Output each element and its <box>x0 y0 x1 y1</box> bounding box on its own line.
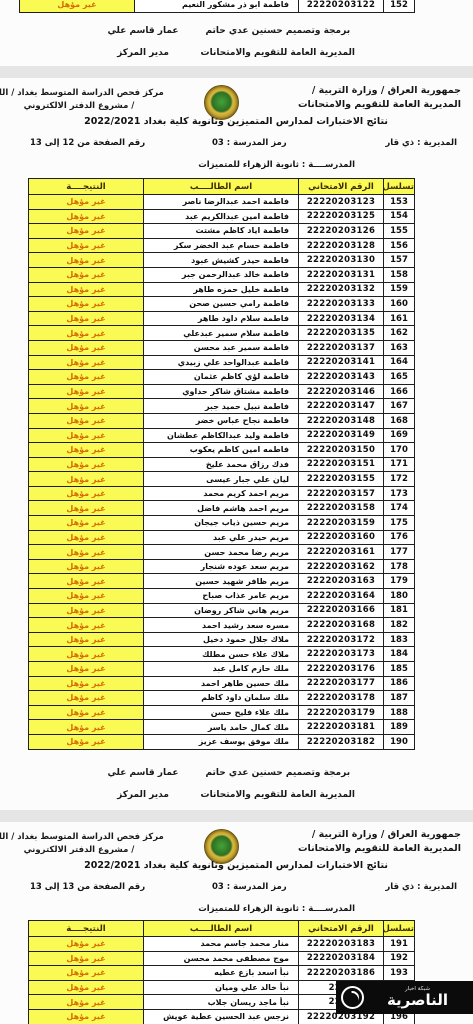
exam-number-column-header: الرقم الامتحاني <box>299 921 384 937</box>
student-name-column-header: اسم الطالــــب <box>144 179 299 195</box>
exam-number-cell: 22220203131 <box>299 267 384 282</box>
student-name-cell: ملك موفق يوسف عزيز <box>144 734 299 749</box>
results-table-header: تسلسل الرقم الامتحاني اسم الطالــــب الن… <box>29 179 415 195</box>
ministry-header: جمهورية العراق / وزارة التربية / المديري… <box>298 84 461 112</box>
student-row: 17122220203151فدك رزاق محمد عليخغير مؤهل <box>29 457 415 472</box>
result-cell: غير مؤهل <box>29 399 144 414</box>
ministry-header-line1: جمهورية العراق / وزارة التربية / <box>298 828 461 842</box>
student-row: 16222220203135فاطمة سلام سمير عبدعليغير … <box>29 326 415 341</box>
serial-cell: 182 <box>384 618 415 633</box>
student-row: 16622220203146فاطمة مشتاق شاكر حداويغير … <box>29 384 415 399</box>
result-cell: غير مؤهل <box>29 472 144 487</box>
ministry-emblem-icon <box>204 829 239 864</box>
result-cell: غير مؤهل <box>29 559 144 574</box>
exam-center-line1: مركز فحص الدراسة المتوسط بغداد / الك <box>0 87 168 100</box>
student-row: 15522220203126فاطمة اياد كاظم مشتتغير مؤ… <box>29 224 415 239</box>
student-name-cell: نبأ ماجد ريسان جلاب <box>144 995 299 1010</box>
document-title: نتائج الاختبارات لمدارس المتميزين وثانوي… <box>10 860 462 871</box>
student-name-cell: فاطمة حيدر كشيش عبود <box>144 253 299 268</box>
serial-cell: 190 <box>384 734 415 749</box>
student-name-cell: ملاك جلال حمود دخيل <box>144 632 299 647</box>
student-row: 18922220203181ملك كمال حامد ياسرغير مؤهل <box>29 720 415 735</box>
student-name-cell: ملك علاء فليح حسن <box>144 705 299 720</box>
exam-number-cell: 22220203125 <box>299 209 384 224</box>
student-row: 17422220203158مريم احمد هاشم فاضلغير مؤه… <box>29 501 415 516</box>
result-cell: غير مؤهل <box>29 370 144 385</box>
document-title: نتائج الاختبارات لمدارس المتميزين وثانوي… <box>10 116 462 127</box>
serial-cell: 153 <box>384 195 415 210</box>
student-name-cell: ليان علي جبار عيسى <box>144 472 299 487</box>
result-cell: غير مؤهل <box>29 662 144 677</box>
result-cell: غير مؤهل <box>29 951 144 966</box>
exam-number-cell: 22220203176 <box>299 662 384 677</box>
exam-number-cell: 22220203178 <box>299 691 384 706</box>
serial-cell: 188 <box>384 705 415 720</box>
result-cell: غير مؤهل <box>29 355 144 370</box>
result-cell: غير مؤهل <box>29 647 144 662</box>
result-cell: غير مؤهل <box>29 267 144 282</box>
exam-number-cell: 22220203177 <box>299 676 384 691</box>
result-cell: غير مؤهل <box>29 457 144 472</box>
exam-number-cell: 22220203150 <box>299 443 384 458</box>
ministry-header-line2: المديرية العامة للتقويم والامتحانات <box>298 98 461 112</box>
ministry-header-line2: المديرية العامة للتقويم والامتحانات <box>298 842 461 856</box>
ministry-header-line1: جمهورية العراق / وزارة التربية / <box>298 84 461 98</box>
student-row: 19322220203186نبأ اسعد بازع عطيهغير مؤهل <box>29 966 415 981</box>
result-cell: غير مؤهل <box>29 209 144 224</box>
exam-number-cell: 22220203143 <box>299 370 384 385</box>
exam-number-cell: 22220203184 <box>299 951 384 966</box>
exam-number-cell: 22220203164 <box>299 589 384 604</box>
ministry-header: جمهورية العراق / وزارة التربية / المديري… <box>298 828 461 856</box>
directorate-field: المديرية : ذي قار <box>385 882 457 892</box>
watermark-text: شبكة اخبار الناصرية <box>367 987 468 1009</box>
exam-number-cell: 22220203166 <box>299 603 384 618</box>
serial-cell: 185 <box>384 662 415 677</box>
exam-center-line2: / مشروع الدفتر الالكتروني <box>0 844 168 857</box>
student-row: 18222220203168مسره سعد رشيد احمدغير مؤهل <box>29 618 415 633</box>
exam-number-cell: 22220203183 <box>299 937 384 952</box>
student-name-cell: فاطمة نجاح عباس خضر <box>144 413 299 428</box>
student-name-cell: مريم عامر عذاب صباح <box>144 589 299 604</box>
serial-cell: 176 <box>384 530 415 545</box>
student-row: 17622220203160مريم حيدر علي عبدغير مؤهل <box>29 530 415 545</box>
result-column-header: النتيجــــة <box>29 179 144 195</box>
ministry-emblem-icon <box>204 85 239 120</box>
exam-number-cell: 22220203148 <box>299 413 384 428</box>
serial-cell: 162 <box>384 326 415 341</box>
exam-number-cell: 22220203159 <box>299 516 384 531</box>
serial-cell: 157 <box>384 253 415 268</box>
result-cell: غير مؤهل <box>29 253 144 268</box>
result-cell: غير مؤهل <box>29 589 144 604</box>
exam-number-cell: 22220203133 <box>299 297 384 312</box>
result-cell: غير مؤهل <box>29 603 144 618</box>
student-row: 16522220203143فاطمة لؤي كاظم عثمانغير مؤ… <box>29 370 415 385</box>
student-row: 19222220203184موج مصطفى محمد محسنغير مؤه… <box>29 951 415 966</box>
exam-number-cell: 22220203161 <box>299 545 384 560</box>
exam-number-cell: 22220203123 <box>299 195 384 210</box>
serial-cell: 177 <box>384 545 415 560</box>
signature-programmer: برمجة وتصميم حسنين عدي حاتم المديرية الع… <box>201 762 355 806</box>
serial-cell: 178 <box>384 559 415 574</box>
student-name-cell: فاطمة احمد عبدالرضا ناصر <box>144 195 299 210</box>
student-name-cell: نرجس عبد الحسين عطية عويش <box>144 1009 299 1024</box>
student-name-cell: فاطمة وليد عبدالكاظم عطشان <box>144 428 299 443</box>
page-number-field: رقم الصفحة من 12 إلى 13 <box>30 138 145 148</box>
exam-number-cell: 22220203126 <box>299 224 384 239</box>
student-name-cell: فدك رزاق محمد عليخ <box>144 457 299 472</box>
student-row: 18622220203177ملك حسين طاهر احمدغير مؤهل <box>29 676 415 691</box>
result-cell: غير مؤهل <box>29 413 144 428</box>
student-row: 15322220203123فاطمة احمد عبدالرضا ناصرغي… <box>29 195 415 210</box>
exam-number-cell: 22220203157 <box>299 486 384 501</box>
results-table-wrap: تسلسل الرقم الامتحاني اسم الطالــــب الن… <box>0 178 473 750</box>
result-cell: غير مؤهل <box>29 705 144 720</box>
serial-cell: 192 <box>384 951 415 966</box>
student-name-cell: فاطمة لؤي كاظم عثمان <box>144 370 299 385</box>
result-cell: غير مؤهل <box>29 545 144 560</box>
exam-number-cell: 22220203158 <box>299 501 384 516</box>
serial-cell: 180 <box>384 589 415 604</box>
student-row: 16422220203141فاطمة عبدالواحد علي زبيديغ… <box>29 355 415 370</box>
student-name-cell: فاطمة خالد عبدالرحمن جبر <box>144 267 299 282</box>
student-row: 17822220203162مريم سعد عوده شنجارغير مؤه… <box>29 559 415 574</box>
watermark-nasiriyah-news: شبكة اخبار الناصرية <box>336 981 473 1014</box>
exam-number-column-header: الرقم الامتحاني <box>299 179 384 195</box>
results-table-header: تسلسل الرقم الامتحاني اسم الطالــــب الن… <box>29 921 415 937</box>
result-cell: غير مؤهل <box>29 224 144 239</box>
serial-cell: 171 <box>384 457 415 472</box>
student-row: 15622220203128فاطمة حسام عبد الخضر سكرغي… <box>29 238 415 253</box>
watermark-big-text: الناصرية <box>367 993 468 1008</box>
serial-cell: 169 <box>384 428 415 443</box>
result-cell: غير مؤهل <box>29 516 144 531</box>
student-name-cell: فاطمة سمير عبد محسن <box>144 340 299 355</box>
student-row: 16722220203147فاطمة نبيل حميد جبرغير مؤه… <box>29 399 415 414</box>
student-name-cell: مريم حسين ذياب جيجان <box>144 516 299 531</box>
exam-number-cell: 22220203155 <box>299 472 384 487</box>
student-name-cell: فاطمة اياد كاظم مشتت <box>144 224 299 239</box>
page-sheet-12: جمهورية العراق / وزارة التربية / المديري… <box>0 78 473 810</box>
serial-cell: 193 <box>384 966 415 981</box>
school-code-field: رمز المدرسة : 03 <box>212 138 287 148</box>
student-row: 16022220203133فاطمة رامي حسين صحنغير مؤه… <box>29 297 415 312</box>
serial-column-header: تسلسل <box>384 921 415 937</box>
serial-cell: 179 <box>384 574 415 589</box>
serial-cell: 159 <box>384 282 415 297</box>
serial-cell: 174 <box>384 501 415 516</box>
student-name-cell: فاطمة عبدالواحد علي زبيدي <box>144 355 299 370</box>
result-cell: غير مؤهل <box>29 443 144 458</box>
student-name-cell: مسره سعد رشيد احمد <box>144 618 299 633</box>
serial-cell: 166 <box>384 384 415 399</box>
serial-cell: 170 <box>384 443 415 458</box>
student-row: 18122220203166مريم هاني شاكر روضانغير مؤ… <box>29 603 415 618</box>
serial-cell: 152 <box>384 0 415 12</box>
student-name-cell: ملاك علاء حسن مطلك <box>144 647 299 662</box>
student-row: 19022220203182ملك موفق يوسف عزيزغير مؤهل <box>29 734 415 749</box>
student-row: 16322220203137فاطمة سمير عبد محسنغير مؤه… <box>29 340 415 355</box>
signature-programmer: برمجة وتصميم حسنين عدي حاتم المديرية الع… <box>201 20 355 64</box>
result-cell: غير مؤهل <box>29 574 144 589</box>
result-column-header: النتيجــــة <box>29 921 144 937</box>
exam-center-header: مركز فحص الدراسة المتوسط بغداد / الك / م… <box>0 831 168 857</box>
programmer-name: برمجة وتصميم حسنين عدي حاتم <box>201 20 355 42</box>
result-cell: غير مؤهل <box>29 501 144 516</box>
serial-cell: 163 <box>384 340 415 355</box>
result-cell: غير مؤهل <box>29 937 144 952</box>
signature-director: عمار قاسم علي مدير المركز <box>93 20 193 64</box>
result-cell: غير مؤهل <box>20 0 135 12</box>
student-name-cell: فاطمة سلام سمير عبدعلي <box>144 326 299 341</box>
student-row: 15822220203131فاطمة خالد عبدالرحمن جبرغي… <box>29 267 415 282</box>
serial-cell: 156 <box>384 238 415 253</box>
result-cell: غير مؤهل <box>29 428 144 443</box>
student-row: 18522220203176ملك حازم كامل عبدغير مؤهل <box>29 662 415 677</box>
result-cell: غير مؤهل <box>29 326 144 341</box>
student-row: 16922220203149فاطمة وليد عبدالكاظم عطشان… <box>29 428 415 443</box>
exam-number-cell: 22220203186 <box>299 966 384 981</box>
directorate-name: المديرية العامة للتقويم والامتحانات <box>201 42 355 64</box>
student-row: 17922220203163مريم ظافر شهيد حسينغير مؤه… <box>29 574 415 589</box>
exam-number-cell: 22220203172 <box>299 632 384 647</box>
exam-number-cell: 22220203151 <box>299 457 384 472</box>
header-row: تسلسل الرقم الامتحاني اسم الطالــــب الن… <box>29 179 415 195</box>
student-name-cell: فاطمة حسام عبد الخضر سكر <box>144 238 299 253</box>
student-name-cell: فاطمة نبيل حميد جبر <box>144 399 299 414</box>
student-row: 17322220203157مريم احمد كريم محمدغير مؤه… <box>29 486 415 501</box>
director-title: مدير المركز <box>93 42 193 64</box>
result-cell: غير مؤهل <box>29 980 144 995</box>
serial-cell: 168 <box>384 413 415 428</box>
header-row: تسلسل الرقم الامتحاني اسم الطالــــب الن… <box>29 921 415 937</box>
student-row: 19122220203183منار محمد جاسم محمدغير مؤه… <box>29 937 415 952</box>
director-title: مدير المركز <box>93 784 193 806</box>
programmer-name: برمجة وتصميم حسنين عدي حاتم <box>201 762 355 784</box>
serial-cell: 160 <box>384 297 415 312</box>
exam-number-cell: 22220203147 <box>299 399 384 414</box>
serial-cell: 154 <box>384 209 415 224</box>
school-code-field: رمز المدرسة : 03 <box>212 882 287 892</box>
student-row: 18022220203164مريم عامر عذاب صباحغير مؤه… <box>29 589 415 604</box>
student-name-cell: موج مصطفى محمد محسن <box>144 951 299 966</box>
exam-number-cell: 22220203181 <box>299 720 384 735</box>
student-row: 15722220203130فاطمة حيدر كشيش عبودغير مؤ… <box>29 253 415 268</box>
school-name-field: المدرســــة : ثانوية الزهراء للمتميزات <box>198 904 355 914</box>
student-row: 17022220203150فاطمه امين كاظم يعكوبغير م… <box>29 443 415 458</box>
result-cell: غير مؤهل <box>29 966 144 981</box>
director-name: عمار قاسم علي <box>93 762 193 784</box>
info-fields: المديرية : ذي قار رمز المدرسة : 03 رقم ا… <box>0 138 473 151</box>
exam-number-cell: 22220203130 <box>299 253 384 268</box>
page-number-field: رقم الصفحة من 13 إلى 13 <box>30 882 145 892</box>
student-row: 17222220203155ليان علي جبار عيسىغير مؤهل <box>29 472 415 487</box>
directorate-name: المديرية العامة للتقويم والامتحانات <box>201 784 355 806</box>
exam-number-cell: 22220203134 <box>299 311 384 326</box>
result-cell: غير مؤهل <box>29 720 144 735</box>
exam-number-cell: 22220203179 <box>299 705 384 720</box>
student-name-cell: فاطمة امين عبدالكريم عبد <box>144 209 299 224</box>
serial-cell: 186 <box>384 676 415 691</box>
student-row: 18822220203179ملك علاء فليح حسنغير مؤهل <box>29 705 415 720</box>
serial-cell: 184 <box>384 647 415 662</box>
page-fragment-previous-sheet: 15222220203122فاطمة ابو ذر مشكور النعيمغ… <box>0 0 473 66</box>
serial-cell: 189 <box>384 720 415 735</box>
student-name-cell: مريم هاني شاكر روضان <box>144 603 299 618</box>
result-cell: غير مؤهل <box>29 1009 144 1024</box>
serial-column-header: تسلسل <box>384 179 415 195</box>
student-name-cell: مريم حيدر علي عبد <box>144 530 299 545</box>
serial-cell: 161 <box>384 311 415 326</box>
result-cell: غير مؤهل <box>29 734 144 749</box>
student-name-cell: مريم احمد هاشم فاضل <box>144 501 299 516</box>
exam-number-cell: 22220203160 <box>299 530 384 545</box>
serial-cell: 175 <box>384 516 415 531</box>
student-name-cell: فاطمة رامي حسين صحن <box>144 297 299 312</box>
results-table-partial: 15222220203122فاطمة ابو ذر مشكور النعيمغ… <box>19 0 415 13</box>
results-document: { "page": { "header": { "right_line1": "… <box>0 0 473 1024</box>
info-fields: المديرية : ذي قار رمز المدرسة : 03 رقم ا… <box>0 882 473 895</box>
results-table: تسلسل الرقم الامتحاني اسم الطالــــب الن… <box>28 178 415 750</box>
exam-center-line2: / مشروع الدفتر الالكتروني <box>0 100 168 113</box>
serial-cell: 165 <box>384 370 415 385</box>
student-name-cell: ملك حازم كامل عبد <box>144 662 299 677</box>
student-name-cell: مريم رضا محمد حسن <box>144 545 299 560</box>
exam-number-cell: 22220203162 <box>299 559 384 574</box>
exam-number-cell: 22220203128 <box>299 238 384 253</box>
exam-center-line1: مركز فحص الدراسة المتوسط بغداد / الك <box>0 831 168 844</box>
exam-number-cell: 22220203146 <box>299 384 384 399</box>
student-row: 17722220203161مريم رضا محمد حسنغير مؤهل <box>29 545 415 560</box>
student-row: 18322220203172ملاك جلال حمود دخيلغير مؤه… <box>29 632 415 647</box>
result-cell: غير مؤهل <box>29 618 144 633</box>
serial-cell: 187 <box>384 691 415 706</box>
exam-number-cell: 22220203163 <box>299 574 384 589</box>
student-name-cell: فاطمة خليل حمزه طاهر <box>144 282 299 297</box>
exam-number-cell: 22220203122 <box>299 0 384 12</box>
serial-cell: 183 <box>384 632 415 647</box>
serial-cell: 173 <box>384 486 415 501</box>
result-cell: غير مؤهل <box>29 676 144 691</box>
student-row: 16122220203134فاطمة سلام داود طاهرغير مؤ… <box>29 311 415 326</box>
exam-number-cell: 22220203135 <box>299 326 384 341</box>
student-name-cell: ملك كمال حامد ياسر <box>144 720 299 735</box>
student-row: 16822220203148فاطمة نجاح عباس خضرغير مؤه… <box>29 413 415 428</box>
school-name-field: المدرســــة : ثانوية الزهراء للمتميزات <box>198 160 355 170</box>
student-name-cell: ملك سلمان داود كاظم <box>144 691 299 706</box>
nasiriyah-network-logo-icon <box>341 986 364 1009</box>
result-cell: غير مؤهل <box>29 384 144 399</box>
student-row: 18422220203173ملاك علاء حسن مطلكغير مؤهل <box>29 647 415 662</box>
student-name-cell: مريم ظافر شهيد حسين <box>144 574 299 589</box>
exam-number-cell: 22220203173 <box>299 647 384 662</box>
exam-number-cell: 22220203137 <box>299 340 384 355</box>
serial-cell: 167 <box>384 399 415 414</box>
result-cell: غير مؤهل <box>29 632 144 647</box>
exam-number-cell: 22220203182 <box>299 734 384 749</box>
student-name-cell: فاطمه امين كاظم يعكوب <box>144 443 299 458</box>
result-cell: غير مؤهل <box>29 486 144 501</box>
student-row: 17522220203159مريم حسين ذياب جيجانغير مؤ… <box>29 516 415 531</box>
result-cell: غير مؤهل <box>29 691 144 706</box>
student-row: 15922220203132فاطمة خليل حمزه طاهرغير مؤ… <box>29 282 415 297</box>
result-cell: غير مؤهل <box>29 282 144 297</box>
student-name-cell: فاطمة سلام داود طاهر <box>144 311 299 326</box>
serial-cell: 191 <box>384 937 415 952</box>
student-name-cell: مريم احمد كريم محمد <box>144 486 299 501</box>
student-name-cell: فاطمة ابو ذر مشكور النعيم <box>135 0 299 12</box>
result-cell: غير مؤهل <box>29 995 144 1010</box>
result-cell: غير مؤهل <box>29 340 144 355</box>
student-row: 18722220203178ملك سلمان داود كاظمغير مؤه… <box>29 691 415 706</box>
serial-cell: 158 <box>384 267 415 282</box>
student-row: 15422220203125فاطمة امين عبدالكريم عبدغي… <box>29 209 415 224</box>
result-cell: غير مؤهل <box>29 195 144 210</box>
student-name-cell: نبأ اسعد بازع عطيه <box>144 966 299 981</box>
result-cell: غير مؤهل <box>29 297 144 312</box>
student-name-column-header: اسم الطالــــب <box>144 921 299 937</box>
exam-number-cell: 22220203141 <box>299 355 384 370</box>
student-name-cell: ملك حسين طاهر احمد <box>144 676 299 691</box>
exam-center-header: مركز فحص الدراسة المتوسط بغداد / الك / م… <box>0 87 168 113</box>
director-name: عمار قاسم علي <box>93 20 193 42</box>
result-cell: غير مؤهل <box>29 238 144 253</box>
serial-cell: 155 <box>384 224 415 239</box>
serial-cell: 172 <box>384 472 415 487</box>
student-name-cell: منار محمد جاسم محمد <box>144 937 299 952</box>
result-cell: غير مؤهل <box>29 530 144 545</box>
exam-number-cell: 22220203168 <box>299 618 384 633</box>
student-row: 15222220203122فاطمة ابو ذر مشكور النعيمغ… <box>20 0 415 12</box>
directorate-field: المديرية : ذي قار <box>385 138 457 148</box>
exam-number-cell: 22220203132 <box>299 282 384 297</box>
student-name-cell: نبأ خالد علي وميان <box>144 980 299 995</box>
student-name-cell: مريم سعد عوده شنجار <box>144 559 299 574</box>
exam-number-cell: 22220203149 <box>299 428 384 443</box>
student-name-cell: فاطمة مشتاق شاكر حداوي <box>144 384 299 399</box>
partial-table: 15222220203122فاطمة ابو ذر مشكور النعيمغ… <box>0 0 473 13</box>
result-cell: غير مؤهل <box>29 311 144 326</box>
serial-cell: 181 <box>384 603 415 618</box>
signature-director: عمار قاسم علي مدير المركز <box>93 762 193 806</box>
serial-cell: 164 <box>384 355 415 370</box>
